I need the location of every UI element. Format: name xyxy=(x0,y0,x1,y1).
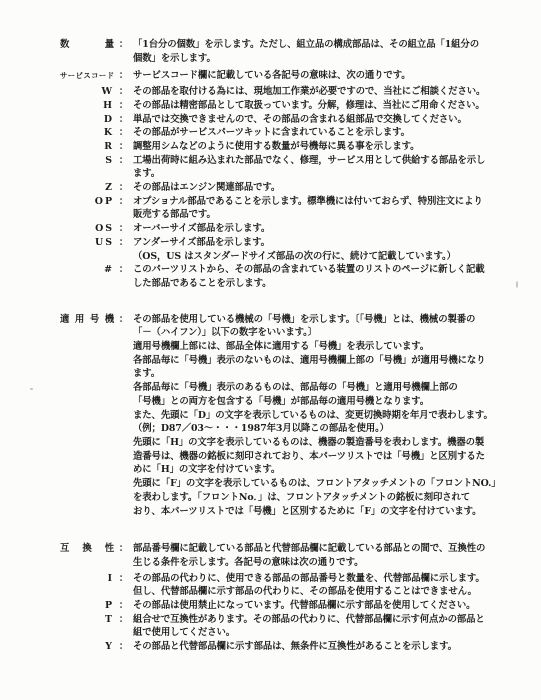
entry-row: W ： その部品を取付ける為には、現地加工作業が必要ですので、当社にご相談くださ… xyxy=(60,85,501,99)
text-line: （OS，US はスタンダードサイズ部品の次の行に、続けて記載しています。） xyxy=(133,250,501,264)
entry-text: 調整用シムなどのように使用する数量が号機毎に異る事を示します。 xyxy=(133,140,501,154)
text-line: おり、本パーツリストでは「号機」と区別するために「F」の文字を付けています。 xyxy=(133,505,501,519)
entry-text: このパーツリストから、その部品の含まれている装置のリストのページに新しく記載した… xyxy=(133,263,501,290)
entry-colon: ： xyxy=(114,542,133,556)
entry-text: その部品はエンジン関連部品です。 xyxy=(133,181,501,195)
entry-code: # xyxy=(60,263,114,277)
entry-text: その部品は使用禁止になっています。代替部品欄に示す部品を使用してください。 xyxy=(133,599,501,613)
entry-colon: ： xyxy=(114,181,133,195)
entry-row: T ： 組合せで互換性があります。その部品の代わりに、代替部品欄に示す何点かの部… xyxy=(60,613,501,640)
entry-colon: ： xyxy=(114,85,133,99)
entry-code: H xyxy=(60,99,114,113)
entry-code: US xyxy=(60,236,114,250)
text-line: その部品を取付ける為には、現地加工作業が必要ですので、当社にご相談ください。 xyxy=(133,85,501,99)
text-line: 造番号は、機器の銘板に刻印されており、本パーツリストでは「号機」と区別するた xyxy=(133,450,501,464)
text-line: その部品を使用している機械の「号機」を示します。〔「号機」とは、機械の製番の xyxy=(133,313,501,327)
entry-colon: ： xyxy=(114,113,133,127)
entry-text: その部品の代わりに、使用できる部品の部品番号と数量を、代替部品欄に示します。但し… xyxy=(133,572,501,599)
text-line: 各部品毎に「号機」表示のないものは、適用号機欄上部の「号機」が適用号機になり xyxy=(133,354,501,368)
text-line: を表わします。「フロントNo．」は、フロントアタッチメントの銘板に刻印されて xyxy=(133,491,501,505)
text-line: その部品はエンジン関連部品です。 xyxy=(133,181,501,195)
section-label: 適用号機 xyxy=(60,313,114,327)
section-label-char: ー xyxy=(99,69,106,83)
entry-colon: ： xyxy=(114,38,133,52)
entry-code: R xyxy=(60,140,114,154)
entry-colon: ： xyxy=(114,613,133,627)
entry-row: 数量 ： 「1台分の個数」を示します。ただし、組立品の構成部品は、その組立品「1… xyxy=(60,38,501,65)
section-label-char: 換 xyxy=(82,542,91,556)
text-line: 但し、代替部品欄に示す部品の代わりに、その部品を使用することはできません。 xyxy=(133,585,501,599)
entry-text: サービスコード欄に記載している各記号の意味は、次の通りです。 xyxy=(133,69,501,83)
entry-text: 部品番号欄に記載している部品と代替部品欄に記載している部品との間で、互換性の生じ… xyxy=(133,542,501,569)
text-line: 個数」を示します。 xyxy=(133,52,501,66)
text-line: 組合せで互換性があります。その部品の代わりに、代替部品欄に示す何点かの部品と xyxy=(133,613,501,627)
text-line: 販売する部品です。 xyxy=(133,208,501,222)
section-label-char: 互 xyxy=(60,542,69,556)
text-line: 各部品毎に「号機」表示のあるものは、部品毎の「号機」と適用号機欄上部の xyxy=(133,381,501,395)
text-line: その部品がサービスパーツキットに含まれていることを示します。 xyxy=(133,126,501,140)
section-1: サービスコード ： サービスコード欄に記載している各記号の意味は、次の通りです。… xyxy=(60,69,501,290)
text-line: 「1台分の個数」を示します。ただし、組立品の構成部品は、その組立品「1組分の xyxy=(133,38,501,52)
text-line: 工場出荷時に組み込まれた部品でなく、修理，サービス用として供給する部品を示し xyxy=(133,154,501,168)
text-line: その部品は使用禁止になっています。代替部品欄に示す部品を使用してください。 xyxy=(133,599,501,613)
document-body: 数量 ： 「1台分の個数」を示します。ただし、組立品の構成部品は、その組立品「1… xyxy=(60,38,501,654)
entry-code: T xyxy=(60,613,114,627)
entry-row: OP ： オプショナル部品であることを示します。標準機には付いておらず、特別注文… xyxy=(60,195,501,222)
section-label-char: ス xyxy=(83,69,90,83)
entry-row: US ： アンダーサイズ部品を示します。（OS，US はスタンダードサイズ部品の… xyxy=(60,236,501,263)
entry-text: その部品と代替部品欄に示す部品は、無条件に互換性があることを示します。 xyxy=(133,640,501,654)
section-2: 適用号機 ： その部品を使用している機械の「号機」を示します。〔「号機」とは、機… xyxy=(60,313,501,519)
text-line: 部品番号欄に記載している部品と代替部品欄に記載している部品との間で、互換性の xyxy=(133,542,501,556)
entry-colon: ： xyxy=(114,195,133,209)
text-line: サービスコード欄に記載している各記号の意味は、次の通りです。 xyxy=(133,69,501,83)
text-line: 生じる条件を示します。各記号の意味は次の通りです。 xyxy=(133,556,501,570)
entry-code: D xyxy=(60,113,114,127)
entry-colon: ： xyxy=(114,69,133,83)
entry-row: Y ： その部品と代替部品欄に示す部品は、無条件に互換性があることを示します。 xyxy=(60,640,501,654)
entry-row: 適用号機 ： その部品を使用している機械の「号機」を示します。〔「号機」とは、機… xyxy=(60,313,501,519)
entry-colon: ： xyxy=(114,572,133,586)
scan-artifact xyxy=(516,281,518,288)
entry-row: D ： 単品では交換できませんので、その部品の含まれる組部品で交換してください。 xyxy=(60,113,501,127)
entry-colon: ： xyxy=(114,222,133,236)
entry-row: 互換性 ： 部品番号欄に記載している部品と代替部品欄に記載している部品との間で、… xyxy=(60,542,501,569)
text-line: 調整用シムなどのように使用する数量が号機毎に異る事を示します。 xyxy=(133,140,501,154)
entry-row: OS ： オーバーサイズ部品を示します。 xyxy=(60,222,501,236)
section-3-items: I ： その部品の代わりに、使用できる部品の部品番号と数量を、代替部品欄に示しま… xyxy=(60,572,501,654)
entry-row: H ： その部品は精密部品として取扱っています。分解，修理は、当社にご用命くださ… xyxy=(60,99,501,113)
entry-code: S xyxy=(60,154,114,168)
entry-colon: ： xyxy=(114,599,133,613)
entry-colon: ： xyxy=(114,99,133,113)
section-label-char: 適 xyxy=(60,313,69,327)
entry-code: Z xyxy=(60,181,114,195)
entry-colon: ： xyxy=(114,313,133,327)
entry-code: Y xyxy=(60,640,114,654)
entry-text: アンダーサイズ部品を示します。（OS，US はスタンダードサイズ部品の次の行に、… xyxy=(133,236,501,263)
entry-row: サービスコード ： サービスコード欄に記載している各記号の意味は、次の通りです。 xyxy=(60,69,501,83)
entry-text: 「1台分の個数」を示します。ただし、組立品の構成部品は、その組立品「1組分の個数… xyxy=(133,38,501,65)
entry-row: # ： このパーツリストから、その部品の含まれている装置のリストのページに新しく… xyxy=(60,263,501,290)
section-label-char: 号 xyxy=(90,313,99,327)
section-1-items: W ： その部品を取付ける為には、現地加工作業が必要ですので、当社にご相談くださ… xyxy=(60,85,501,291)
entry-colon: ： xyxy=(114,126,133,140)
text-line: した部品であることを示します。 xyxy=(133,277,501,291)
text-line: その部品の代わりに、使用できる部品の部品番号と数量を、代替部品欄に示します。 xyxy=(133,572,501,586)
section-label-char: 機 xyxy=(105,313,114,327)
entry-text: 組合せで互換性があります。その部品の代わりに、代替部品欄に示す何点かの部品と組で… xyxy=(133,613,501,640)
section-label-char: ド xyxy=(107,69,114,83)
text-line: 適用号機欄上部には、部品全体に適用する「号機」を表示しています。 xyxy=(133,340,501,354)
entry-text: 工場出荷時に組み込まれた部品でなく、修理，サービス用として供給する部品を示します… xyxy=(133,154,501,181)
entry-code: P xyxy=(60,599,114,613)
section-label-char: 性 xyxy=(105,542,114,556)
text-line: また、先頭に「D」の文字を表示しているものは、変更切換時期を年月で表わします。 xyxy=(133,409,501,423)
entry-text: オーバーサイズ部品を示します。 xyxy=(133,222,501,236)
entry-code: K xyxy=(60,126,114,140)
section-3: 互換性 ： 部品番号欄に記載している部品と代替部品欄に記載している部品との間で、… xyxy=(60,542,501,654)
section-label-char: 用 xyxy=(75,313,84,327)
entry-row: Z ： その部品はエンジン関連部品です。 xyxy=(60,181,501,195)
entry-code: OP xyxy=(60,195,114,209)
entry-code: OS xyxy=(60,222,114,236)
entry-text: オプショナル部品であることを示します。標準機には付いておらず、特別注文により販売… xyxy=(133,195,501,222)
section-label-char: ビ xyxy=(76,69,83,83)
entry-code: W xyxy=(60,85,114,99)
text-line: 「号機」との両方を包含する「号機」が部品毎の適用号機となります。 xyxy=(133,395,501,409)
text-line: 組で使用してください。 xyxy=(133,626,501,640)
text-line: ます。 xyxy=(133,367,501,381)
scanned-document-page: 数量 ： 「1台分の個数」を示します。ただし、組立品の構成部品は、その組立品「1… xyxy=(0,0,541,700)
section-label-char: ー xyxy=(68,69,75,83)
text-line: オプショナル部品であることを示します。標準機には付いておらず、特別注文により xyxy=(133,195,501,209)
section-label: サービスコード xyxy=(60,69,114,83)
text-line: 先頭に「H」の文字を表示しているものは、機器の製造番号を表わします。機器の製 xyxy=(133,436,501,450)
entry-colon: ： xyxy=(114,154,133,168)
section-label-char: サ xyxy=(60,69,67,83)
entry-row: I ： その部品の代わりに、使用できる部品の部品番号と数量を、代替部品欄に示しま… xyxy=(60,572,501,599)
text-line: このパーツリストから、その部品の含まれている装置のリストのページに新しく記載 xyxy=(133,263,501,277)
entry-colon: ： xyxy=(114,236,133,250)
entry-row: K ： その部品がサービスパーツキットに含まれていることを示します。 xyxy=(60,126,501,140)
entry-row: P ： その部品は使用禁止になっています。代替部品欄に示す部品を使用してください… xyxy=(60,599,501,613)
entry-text: その部品がサービスパーツキットに含まれていることを示します。 xyxy=(133,126,501,140)
entry-text: その部品を使用している機械の「号機」を示します。〔「号機」とは、機械の製番の「－… xyxy=(133,313,501,519)
section-label: 数量 xyxy=(60,38,114,52)
entry-text: その部品は精密部品として取扱っています。分解，修理は、当社にご用命ください。 xyxy=(133,99,501,113)
entry-colon: ： xyxy=(114,640,133,654)
text-line: その部品と代替部品欄に示す部品は、無条件に互換性があることを示します。 xyxy=(133,640,501,654)
text-line: 「－（ハイフン）」以下の数字をいいます。〕 xyxy=(133,326,501,340)
text-line: 先頭に「F」の文字を表示しているものは、フロントアタッチメントの「フロントNO.… xyxy=(133,477,501,491)
entry-row: S ： 工場出荷時に組み込まれた部品でなく、修理，サービス用として供給する部品を… xyxy=(60,154,501,181)
entry-text: その部品を取付ける為には、現地加工作業が必要ですので、当社にご相談ください。 xyxy=(133,85,501,99)
scan-artifact xyxy=(30,388,33,390)
section-label-char: 量 xyxy=(105,38,114,52)
text-line: 単品では交換できませんので、その部品の含まれる組部品で交換してください。 xyxy=(133,113,501,127)
text-line: アンダーサイズ部品を示します。 xyxy=(133,236,501,250)
text-line: オーバーサイズ部品を示します。 xyxy=(133,222,501,236)
text-line: その部品は精密部品として取扱っています。分解，修理は、当社にご用命ください。 xyxy=(133,99,501,113)
entry-colon: ： xyxy=(114,140,133,154)
section-0: 数量 ： 「1台分の個数」を示します。ただし、組立品の構成部品は、その組立品「1… xyxy=(60,38,501,65)
text-line: ます。 xyxy=(133,167,501,181)
text-line: （例；D87／03～・・・1987年3月以降この部品を使用。） xyxy=(133,422,501,436)
section-label-char: コ xyxy=(91,69,98,83)
section-label: 互換性 xyxy=(60,542,114,556)
entry-row: R ： 調整用シムなどのように使用する数量が号機毎に異る事を示します。 xyxy=(60,140,501,154)
entry-code: I xyxy=(60,572,114,586)
entry-colon: ： xyxy=(114,263,133,277)
section-label-char: 数 xyxy=(60,38,69,52)
entry-text: 単品では交換できませんので、その部品の含まれる組部品で交換してください。 xyxy=(133,113,501,127)
text-line: めに「H」の文字を付けています。 xyxy=(133,463,501,477)
